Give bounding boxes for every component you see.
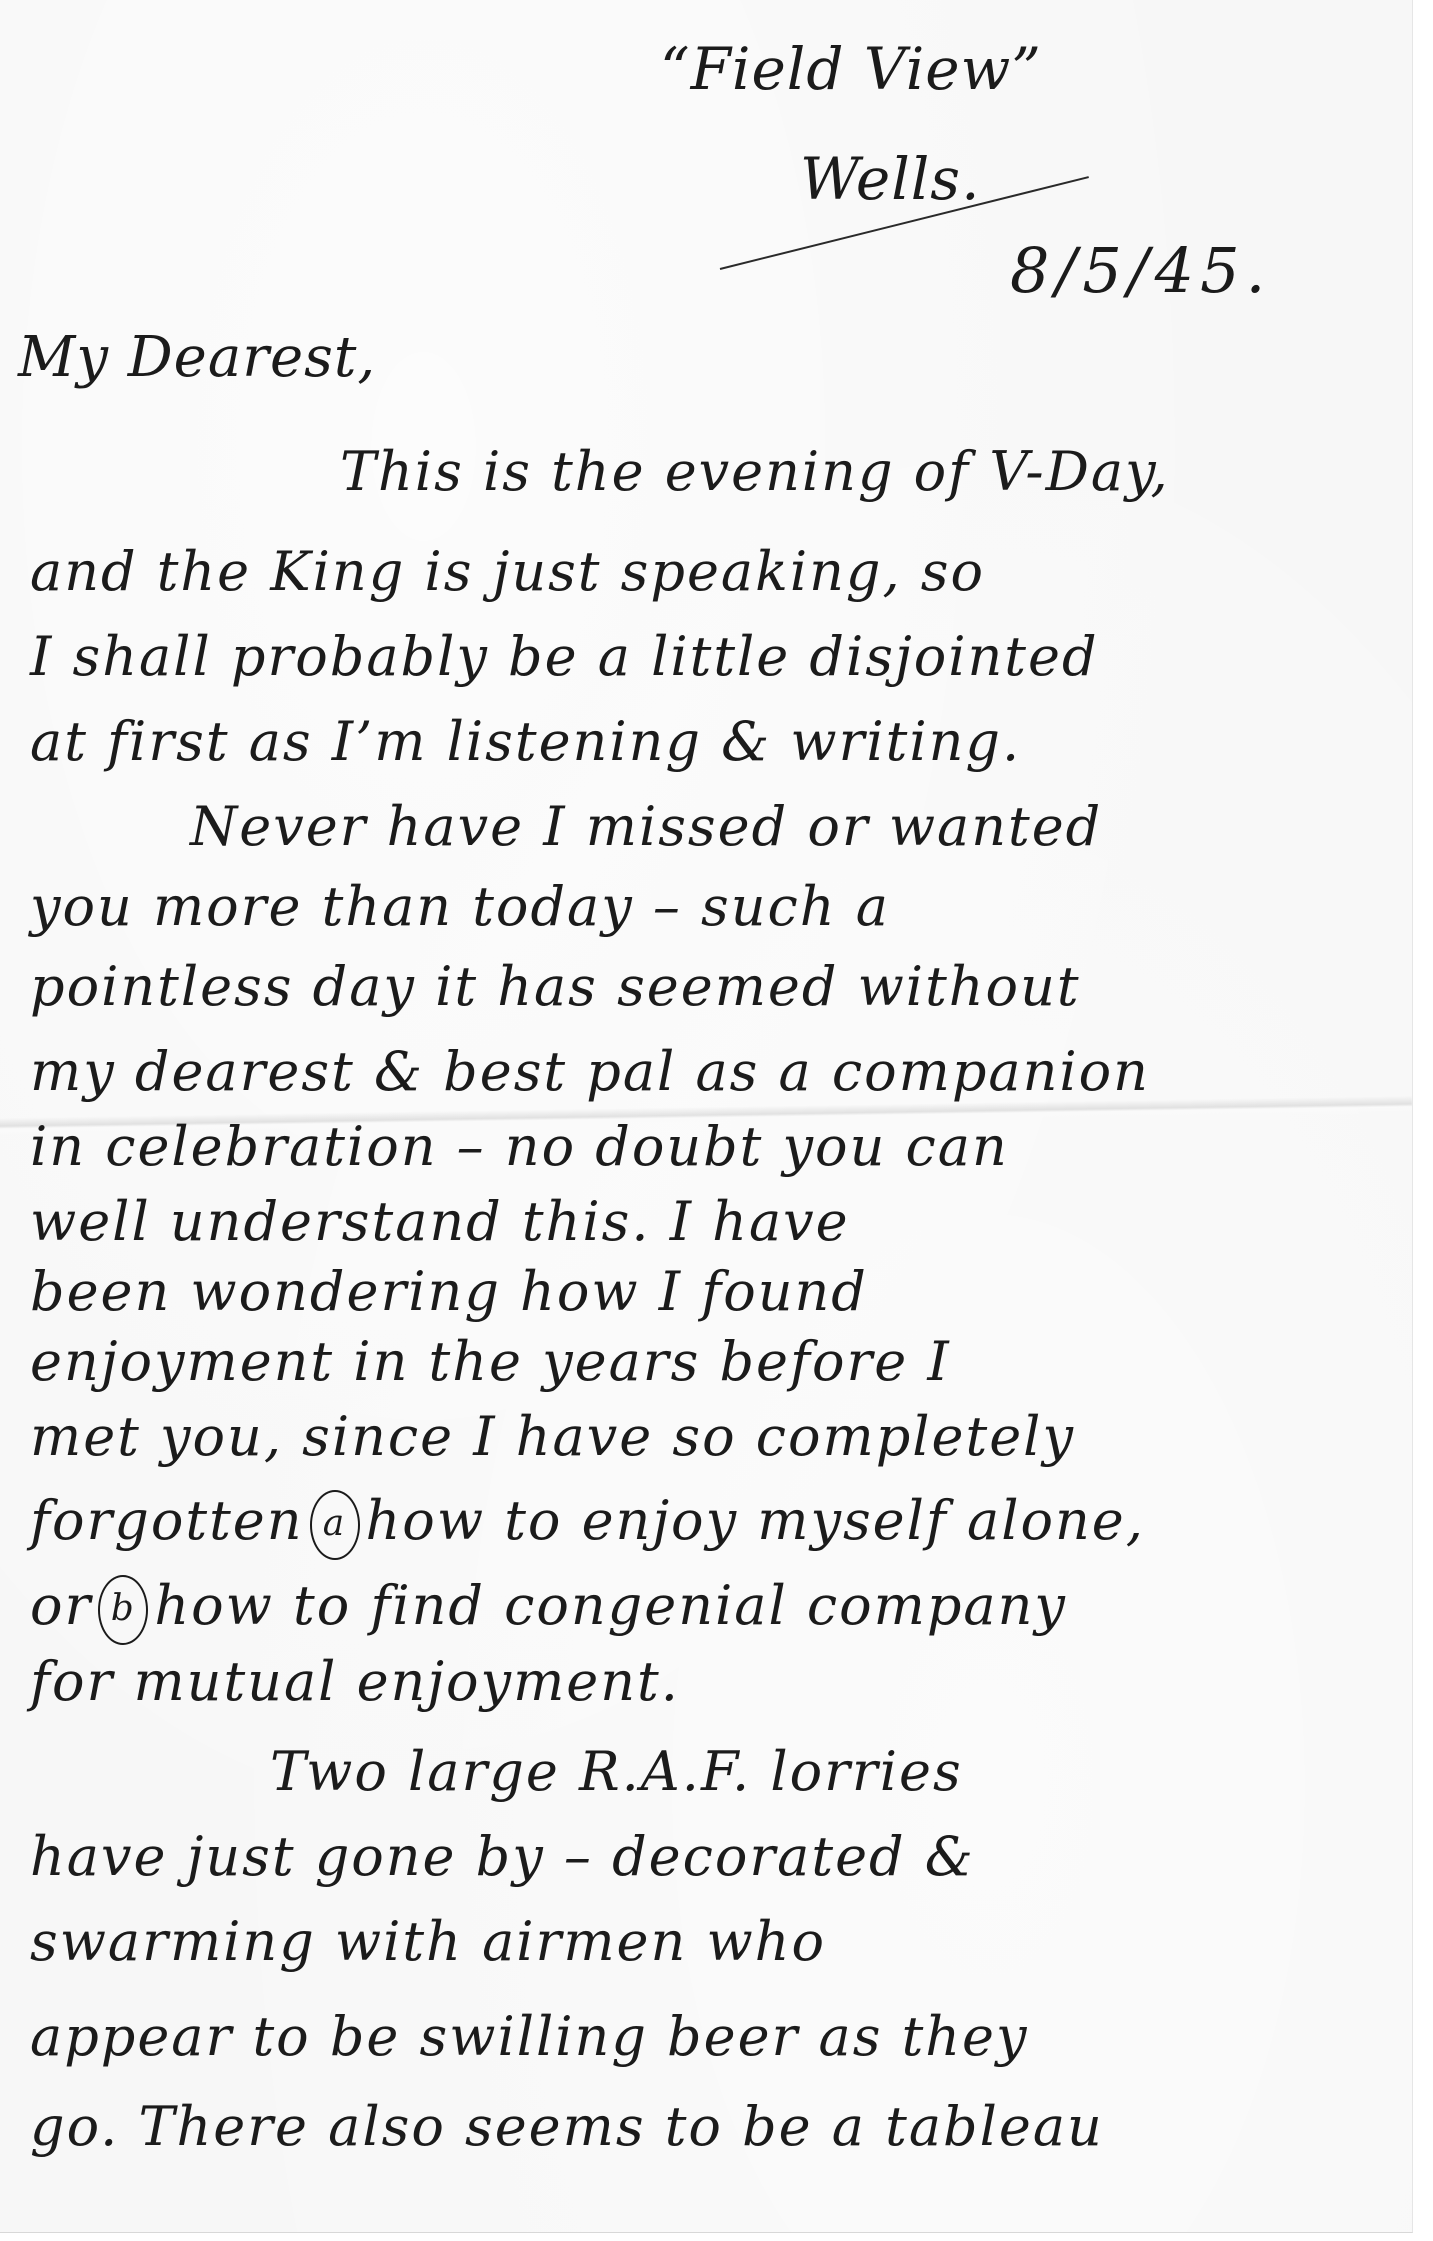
body-line-with-marker-b: orbhow to find congenial company	[30, 1575, 1067, 1645]
body-line: appear to be swilling beer as they	[30, 2010, 1029, 2064]
body-line: Never have I missed or wanted	[190, 800, 1102, 854]
body-line: pointless day it has seemed without	[30, 960, 1081, 1014]
letter-page: “Field View” Wells. 8/5/45. My Dearest, …	[0, 0, 1413, 2233]
body-line: I shall probably be a little disjointed	[30, 630, 1099, 684]
address-town: Wells.	[800, 150, 981, 208]
circled-marker-b: b	[98, 1575, 148, 1645]
body-line: my dearest & best pal as a companion	[30, 1045, 1150, 1099]
body-line: for mutual enjoyment.	[30, 1655, 680, 1709]
body-line: Two large R.A.F. lorries	[270, 1745, 963, 1799]
body-line: enjoyment in the years before I	[30, 1335, 951, 1389]
body-line: at first as I’m listening & writing.	[30, 715, 1021, 769]
body-line-text: how to enjoy myself alone,	[366, 1489, 1145, 1552]
address-house-name: “Field View”	[660, 40, 1042, 98]
body-line: you more than today – such a	[30, 880, 890, 934]
body-line: have just gone by – decorated &	[30, 1830, 975, 1884]
body-line: met you, since I have so completely	[30, 1410, 1075, 1464]
body-line: well understand this. I have	[30, 1195, 850, 1249]
body-line: swarming with airmen who	[30, 1915, 826, 1969]
circled-marker-a: a	[310, 1490, 360, 1560]
body-line: in celebration – no doubt you can	[30, 1120, 1009, 1174]
salutation: My Dearest,	[18, 330, 376, 386]
body-line: been wondering how I found	[30, 1265, 868, 1319]
body-line-text: or	[30, 1574, 92, 1637]
body-line: This is the evening of V-Day,	[340, 445, 1170, 499]
body-line-with-marker-a: forgottenahow to enjoy myself alone,	[30, 1490, 1145, 1560]
body-line: go. There also seems to be a tableau	[30, 2100, 1104, 2154]
body-line: and the King is just speaking, so	[30, 545, 985, 599]
body-line-text: forgotten	[30, 1489, 304, 1552]
letter-date: 8/5/45.	[1010, 240, 1271, 302]
body-line-text: how to find congenial company	[154, 1574, 1067, 1637]
